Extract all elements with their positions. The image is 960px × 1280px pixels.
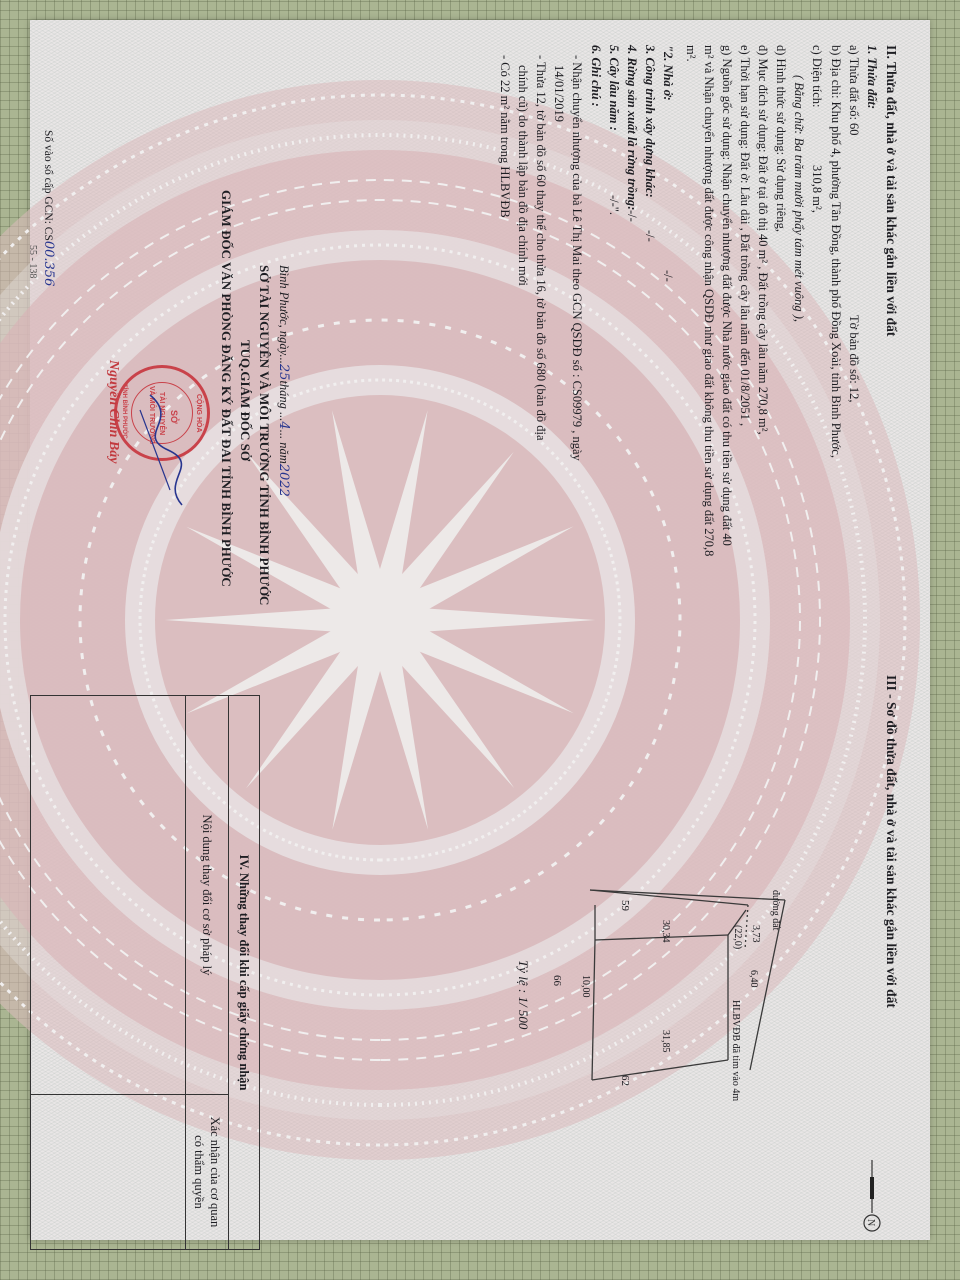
month-prefix: tháng ...	[277, 380, 291, 421]
map-sheet-number: Tờ bản đồ số: 12,	[848, 315, 861, 403]
usage-term: e) Thời hạn sử dụng: Đất ở: Lâu dài , Đấ…	[739, 45, 752, 426]
road-label: đường đất	[770, 890, 780, 930]
forest-value: -/-	[626, 210, 639, 222]
registry-note: 55 - 138	[27, 245, 37, 278]
section-ii-title: II. Thửa đất, nhà ở và tài sản khác gắn …	[885, 45, 899, 336]
construction-value: -/-	[644, 230, 657, 242]
back-dimension: 10,00	[580, 975, 590, 998]
day-handwritten: 25	[276, 364, 291, 381]
issuing-org: SỞ TÀI NGUYÊN VÀ MÔI TRƯỜNG TỈNH BÌNH PH…	[258, 265, 271, 605]
area-value: 310,8 m²,	[811, 165, 824, 213]
hlbv-area: (22,0)	[732, 925, 742, 949]
usage-purpose: đ) Mục đích sử dụng: Đất ở tại đô thị 40…	[757, 45, 770, 435]
land-heading: 1. Thửa đất:	[866, 45, 879, 109]
note-line: - Nhận chuyển nhượng của bà Lê Thị Mai t…	[571, 55, 584, 461]
section-iv-title-text: IV. Những thay đổi khi cấp giấy chứng nh…	[238, 854, 252, 1090]
map-scale: Tỷ lệ : 1/ 500	[517, 960, 530, 1029]
usage-origin-line-2: m² và Nhận chuyển nhượng đất được công n…	[703, 45, 716, 556]
area-in-words: ( Bằng chữ: Ba trăm mười phẩy tám mét vu…	[793, 75, 806, 322]
address: b) Địa chỉ: Khu phố 4, phường Tân Đồng, …	[830, 45, 843, 458]
col-header-confirm-line-1: Xác nhận của cơ quan	[208, 1117, 222, 1228]
changes-table: IV. Những thay đổi khi cấp giấy chứng nh…	[30, 695, 260, 1250]
month-handwritten: 4	[276, 421, 291, 429]
place-date: Bình Phước, ngày...25tháng ...4... năm20…	[277, 265, 290, 497]
note-line: 14/01/2019	[553, 65, 566, 122]
section-iii-title: III - Sơ đồ thửa đất, nhà ở và tài sản k…	[885, 675, 899, 1008]
on-behalf-label: TUQ.GIÁM ĐỐC SỞ	[239, 340, 252, 461]
certificate-page: II. Thửa đất, nhà ở và tài sản khác gắn …	[0, 0, 960, 1280]
registry-label: Số vào sổ cấp GCN: CS00.356	[42, 130, 56, 286]
col-header-confirm-line-2: có thẩm quyền	[192, 1135, 206, 1209]
stamp-bottom-text: TỈNH BÌNH PHƯỚC	[121, 384, 127, 439]
front-left-dimension: 3,73	[750, 925, 760, 943]
stamp-top-text: CỘNG HÒA	[195, 394, 202, 433]
section-iv-title: IV. Những thay đổi khi cấp giấy chứng nh…	[229, 696, 260, 1250]
year-handwritten: 2022	[276, 464, 291, 497]
north-arrow-icon: N	[859, 1155, 885, 1235]
area-label: c) Diện tích:	[811, 45, 824, 107]
neighbor-parcel-top: 59	[619, 900, 630, 911]
house-value: -/-	[662, 270, 675, 282]
hlbv-note: HLBVĐB đã tim vào 4m	[730, 1000, 740, 1101]
registry-number: 00.356	[41, 241, 56, 287]
signature-scribble-icon	[130, 390, 190, 510]
usage-origin-line-1: g) Nguồn gốc sử dụng: Nhận chuyển nhượng…	[721, 45, 734, 546]
parcel-number: a) Thửa đất số: 60	[848, 45, 861, 136]
forest-label: 4. Rừng sản xuất là rừng trồng:	[626, 45, 639, 210]
parcel-diagram	[560, 860, 790, 1120]
neighbor-parcel-bottom: 62	[619, 1075, 630, 1086]
registry-prefix: Số vào sổ cấp GCN: CS	[42, 130, 54, 241]
note-line: chính cũ) do thành lập bản đồ địa chính …	[517, 65, 530, 286]
year-prefix: ... năm	[277, 430, 291, 464]
changes-content-cell	[31, 696, 186, 1095]
construction-label: 3. Công trình xây dựng khác:	[644, 45, 657, 198]
signer-title: GIÁM ĐỐC VĂN PHÒNG ĐĂNG KÝ ĐẤT ĐAI TỈNH …	[220, 190, 233, 587]
note-line: - Thửa 12, tờ bản đồ số 60 thay thế cho …	[535, 55, 548, 441]
side-top-dimension: 30,34	[660, 920, 670, 943]
paper-sheet: II. Thửa đất, nhà ở và tài sản khác gắn …	[30, 20, 930, 1240]
col-header-confirm: Xác nhận của cơ quan có thẩm quyền	[186, 1094, 229, 1249]
perennial-value: -/-".	[608, 195, 621, 215]
side-bottom-dimension: 31,85	[660, 1030, 670, 1053]
road-width-dimension: 6,40	[748, 970, 758, 988]
neighbor-parcel-back: 66	[551, 975, 562, 986]
usage-origin-line-3: m².	[685, 45, 698, 62]
changes-confirm-cell	[31, 1094, 186, 1249]
perennial-label: 5. Cây lâu năm :	[608, 45, 621, 131]
svg-text:N: N	[865, 1219, 876, 1226]
signer-name: Nguyễn Chín Bảy	[106, 360, 120, 463]
note-line: - Có 22 m² nằm trong HLBVĐB	[499, 55, 512, 218]
notes-label: 6. Ghi chú :	[590, 45, 603, 107]
house-label: "2. Nhà ở:	[662, 45, 675, 101]
col-header-content: Nội dung thay đổi cơ sở pháp lý	[186, 696, 229, 1095]
usage-form: d) Hình thức sử dụng: Sử dụng riêng,	[775, 45, 788, 232]
place-date-prefix: Bình Phước, ngày...	[277, 265, 291, 364]
